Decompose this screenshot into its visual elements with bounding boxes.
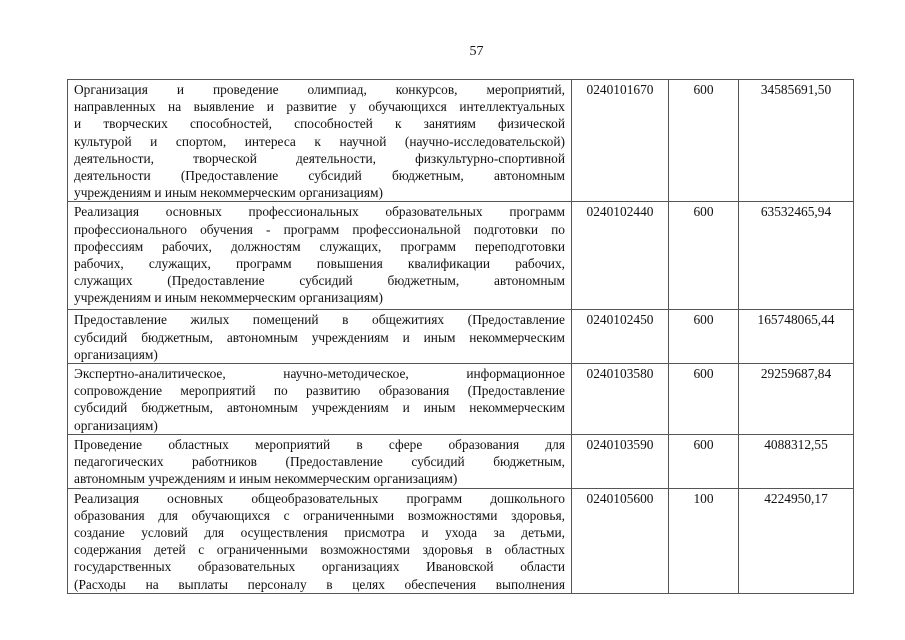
expense-name-line: организациям) bbox=[74, 346, 565, 363]
expense-name: Проведение областных мероприятий в сфере… bbox=[68, 435, 572, 489]
expense-name-line: деятельности (Предоставление субсидий бю… bbox=[74, 167, 565, 184]
table-row: Реализация основных профессиональных обр… bbox=[68, 202, 854, 310]
expense-name-line: Организация и проведение олимпиад, конку… bbox=[74, 81, 565, 98]
expense-name-line: образования для обучающихся с ограниченн… bbox=[74, 507, 565, 524]
expense-name-line: содержания детей с ограниченными возможн… bbox=[74, 541, 565, 558]
table-row: Организация и проведение олимпиад, конку… bbox=[68, 80, 854, 202]
expense-name-line: профессиям рабочих, должностям служащих,… bbox=[74, 238, 565, 255]
expense-name: Реализация основных общеобразовательных … bbox=[68, 488, 572, 593]
expense-name-line: субсидий бюджетным, автономным учреждени… bbox=[74, 399, 565, 416]
target-code: 0240103580 bbox=[572, 364, 669, 435]
table-row: Экспертно-аналитическое, научно-методиче… bbox=[68, 364, 854, 435]
expense-type: 600 bbox=[669, 310, 739, 364]
target-code: 0240101670 bbox=[572, 80, 669, 202]
amount: 4088312,55 bbox=[739, 435, 854, 489]
amount: 29259687,84 bbox=[739, 364, 854, 435]
expense-name-line: профессионального обучения - программ пр… bbox=[74, 221, 565, 238]
expense-type: 600 bbox=[669, 202, 739, 310]
amount: 34585691,50 bbox=[739, 80, 854, 202]
expense-name-line: Предоставление жилых помещений в общежит… bbox=[74, 311, 565, 328]
expense-name: Предоставление жилых помещений в общежит… bbox=[68, 310, 572, 364]
amount: 63532465,94 bbox=[739, 202, 854, 310]
page-number: 57 bbox=[24, 44, 905, 60]
target-code: 0240105600 bbox=[572, 488, 669, 593]
expense-name-line: культурой и спортом, интереса к научной … bbox=[74, 133, 565, 150]
expense-name: Организация и проведение олимпиад, конку… bbox=[68, 80, 572, 202]
expense-name-line: Реализация основных профессиональных обр… bbox=[74, 203, 565, 220]
expense-name-line: деятельности, творческой деятельности, ф… bbox=[74, 150, 565, 167]
expense-name-line: Реализация основных общеобразовательных … bbox=[74, 490, 565, 507]
expense-name-line: направленных на выявление и развитие у о… bbox=[74, 98, 565, 115]
table-row: Реализация основных общеобразовательных … bbox=[68, 488, 854, 593]
expense-type: 600 bbox=[669, 435, 739, 489]
table-row: Проведение областных мероприятий в сфере… bbox=[68, 435, 854, 489]
expense-type: 100 bbox=[669, 488, 739, 593]
target-code: 0240103590 bbox=[572, 435, 669, 489]
expense-name-line: Проведение областных мероприятий в сфере… bbox=[74, 436, 565, 453]
expense-name-line: служащих (Предоставление субсидий бюджет… bbox=[74, 272, 565, 289]
expense-name: Реализация основных профессиональных обр… bbox=[68, 202, 572, 310]
expense-name-line: государственных образовательных организа… bbox=[74, 558, 565, 575]
expense-name-line: рабочих, служащих, программ повышения кв… bbox=[74, 255, 565, 272]
expense-name-line: учреждениям и иным некоммерческим органи… bbox=[74, 184, 565, 201]
expense-name-line: сопровождение мероприятий по развитию об… bbox=[74, 382, 565, 399]
expense-name-line: организациям) bbox=[74, 417, 565, 434]
expense-type: 600 bbox=[669, 364, 739, 435]
amount: 165748065,44 bbox=[739, 310, 854, 364]
expense-name-line: автономным учреждениям и иным некоммерче… bbox=[74, 470, 565, 487]
expense-type: 600 bbox=[669, 80, 739, 202]
expense-name-line: (Расходы на выплаты персоналу в целях об… bbox=[74, 576, 565, 593]
expense-name-line: Экспертно-аналитическое, научно-методиче… bbox=[74, 365, 565, 382]
expense-name-line: педагогических работников (Предоставлени… bbox=[74, 453, 565, 470]
amount: 4224950,17 bbox=[739, 488, 854, 593]
target-code: 0240102440 bbox=[572, 202, 669, 310]
expense-name-line: субсидий бюджетным, автономным учреждени… bbox=[74, 329, 565, 346]
expense-name: Экспертно-аналитическое, научно-методиче… bbox=[68, 364, 572, 435]
budget-table: Организация и проведение олимпиад, конку… bbox=[67, 79, 854, 594]
target-code: 0240102450 bbox=[572, 310, 669, 364]
expense-name-line: и творческих способностей, способностей … bbox=[74, 115, 565, 132]
expense-name-line: учреждениям и иным некоммерческим органи… bbox=[74, 289, 565, 306]
table-row: Предоставление жилых помещений в общежит… bbox=[68, 310, 854, 364]
expense-name-line: создание условий для осуществления присм… bbox=[74, 524, 565, 541]
